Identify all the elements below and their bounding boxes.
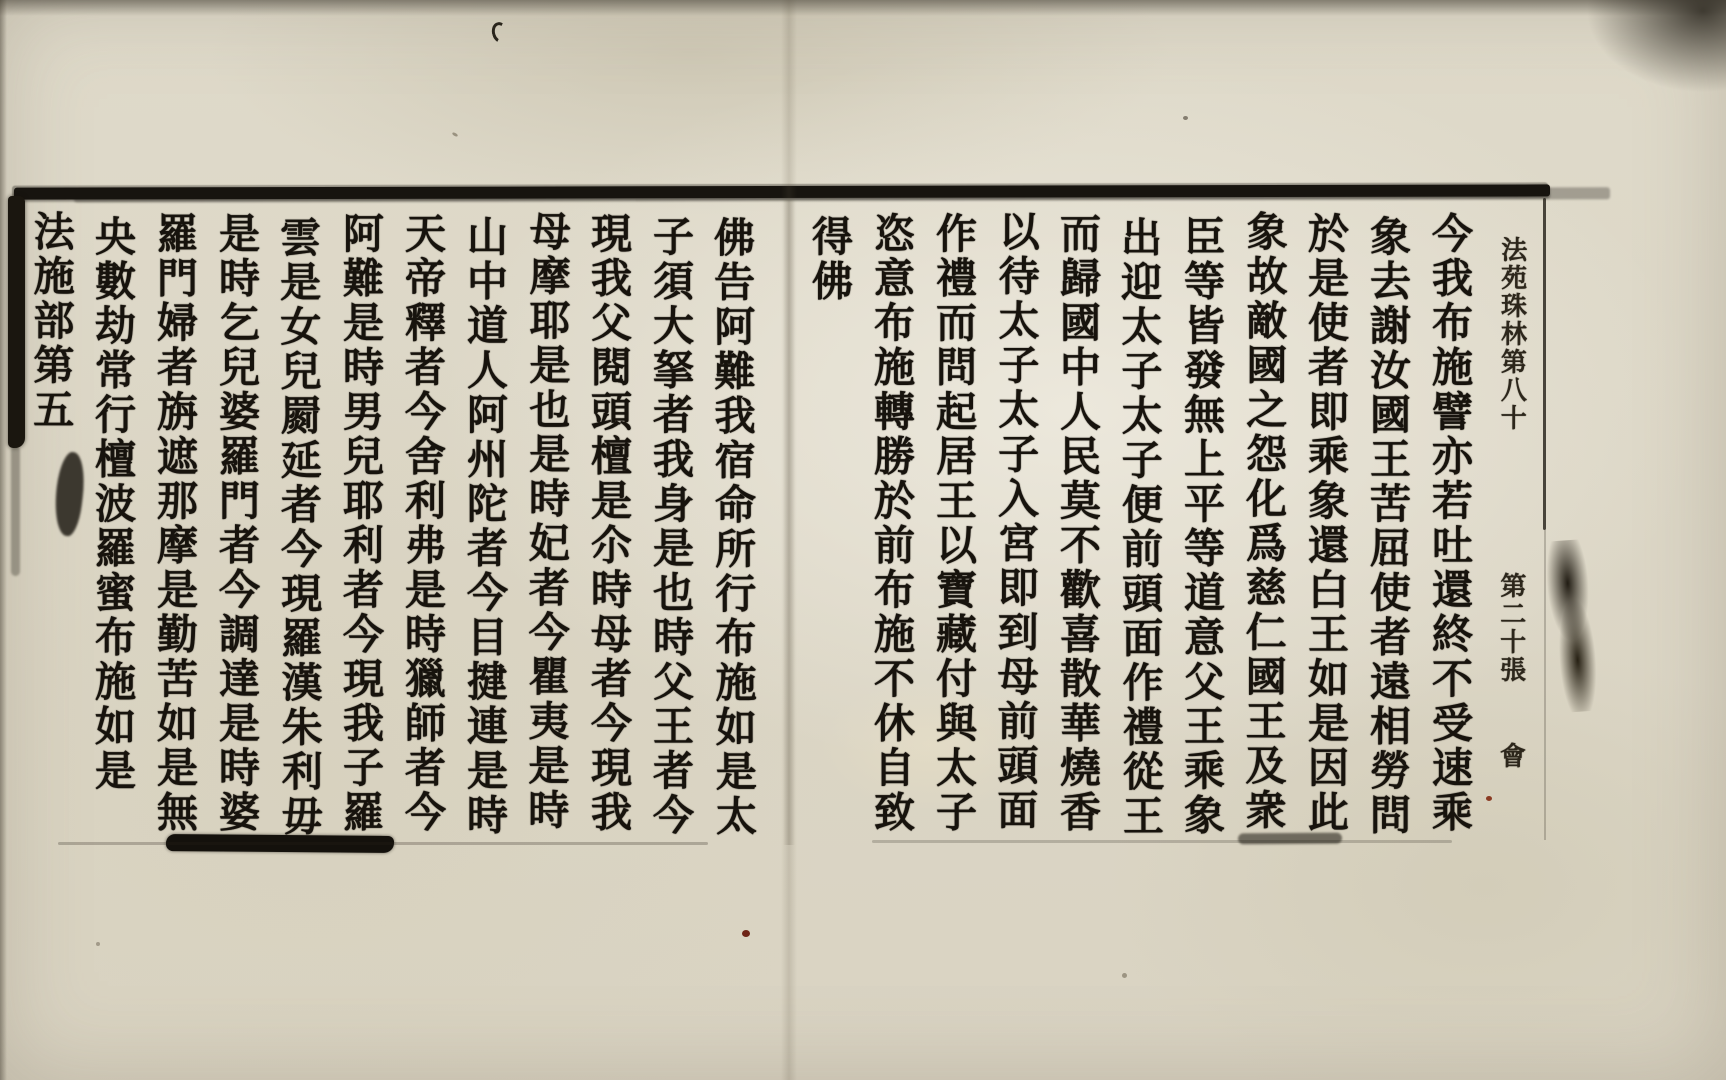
text-column: 天帝釋者今舍利弗是時獵師者今 [405, 212, 452, 844]
paper-speck [96, 942, 100, 946]
work-title: 法苑珠林第八十 [1496, 236, 1527, 432]
text-column: 子須大拏者我身是也時父王者今 [653, 215, 700, 847]
text-column: 於是使者即乘象還白王如是因此 [1308, 212, 1355, 844]
block-left-border-faded [11, 446, 20, 576]
text-column: 雲是女兒罽延者今現羅漢朱利毋 [280, 216, 329, 848]
text-column: 羅門婦者旃遮那摩是勤苦如是無 [157, 212, 204, 844]
text-block: 法苑珠林第八十 第二十張 會 今我布施譬亦若吐還終不受速乘 象去謝汝國王苦屈使者… [30, 212, 1530, 846]
scanned-book-page: 法苑珠林第八十 第二十張 會 今我布施譬亦若吐還終不受速乘 象去謝汝國王苦屈使者… [0, 0, 1726, 1080]
sheet-number: 第二十張 [1496, 572, 1526, 684]
ink-blotch [1544, 539, 1602, 714]
text-column: 而歸國中人民莫不歡喜散華燒香 [1060, 212, 1107, 844]
paper-speck [452, 132, 459, 138]
page-gutter [777, 212, 797, 846]
text-column: 佛告阿難我宿命所行布施如是太 [714, 216, 763, 848]
text-column: 得佛 [812, 215, 859, 847]
text-column: 母摩耶是也是時妃者今瞿夷是時 [528, 210, 577, 842]
text-column: 現我父閱頭檀是尒時母者今現我 [591, 212, 638, 844]
text-column: 是時乞兒婆羅門者今調達是時婆 [219, 212, 266, 844]
running-title-column: 法苑珠林第八十 第二十張 會 [1493, 210, 1531, 842]
text-column: 今我布施譬亦若吐還終不受速乘 [1432, 212, 1479, 844]
text-column: 央數劫常行檀波羅蜜布施如是 [95, 215, 142, 847]
red-stain-speck [742, 930, 750, 937]
text-column: 阿難是時男兒耶利者今現我子羅 [343, 212, 390, 844]
text-column: 象去謝汝國王苦屈使者遠相勞問 [1370, 215, 1417, 847]
paper-speck [1183, 116, 1188, 120]
ink-squiggle-mark [489, 20, 511, 45]
text-column: 出迎太子太子便前頭面作禮從王 [1121, 216, 1170, 848]
corner-shadow [1586, 0, 1726, 93]
text-column: 臣等皆發無上平等道意父王乘象 [1184, 215, 1231, 847]
block-right-border [1543, 198, 1546, 530]
text-column: 象故敵國之怨化爲慈仁國王及衆 [1245, 210, 1294, 842]
collation-mark: 會 [1495, 742, 1525, 770]
paper-speck [1122, 973, 1127, 978]
text-column: 作禮而問起居王以寶藏付與太子 [936, 212, 983, 844]
text-column: 法施部第五 [32, 210, 81, 842]
text-column: 恣意布施轉勝於前布施不休自致 [874, 212, 921, 844]
text-column: 以待太子太子入宮即到母前頭面 [997, 210, 1046, 842]
text-column: 山中道人阿州陀者今目揵連是時 [467, 215, 514, 847]
